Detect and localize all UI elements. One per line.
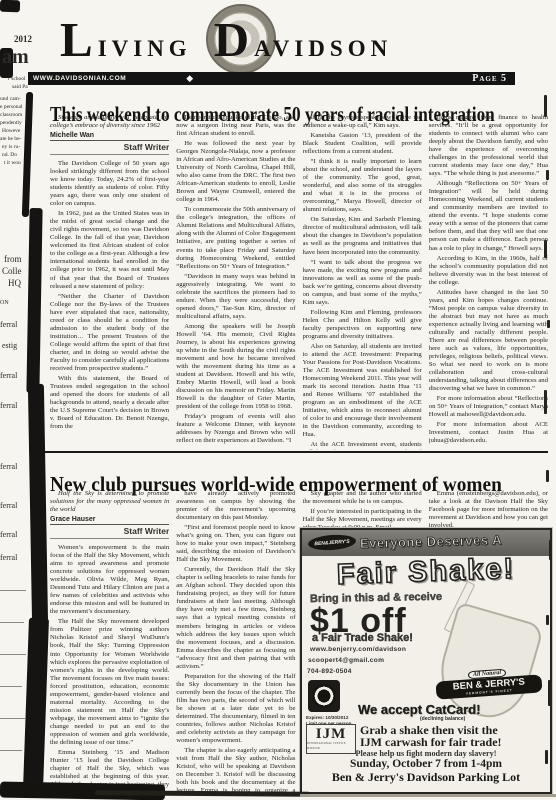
article2-col1-body: Women’s empowerment is the main focus of…	[50, 544, 169, 793]
scan-artifact	[544, 240, 547, 258]
paragraph: fields ranging from finance to health se…	[429, 114, 548, 178]
scan-artifact	[548, 680, 551, 706]
article2-byline: Grace Hauser	[50, 516, 169, 525]
paragraph: The Davidson College of 50 years ago loo…	[50, 160, 169, 208]
torn-edge-streak	[26, 208, 42, 393]
edge-text-fragment: pendently	[0, 120, 22, 126]
scan-artifact	[545, 750, 548, 764]
paragraph: At the ACE Investment event, students wi…	[303, 441, 422, 450]
article1-col3: think the keynote speakers will give the…	[303, 114, 422, 450]
ben-and-jerrys-ad: BEN&JERRY'S Everyone Deserves A Fair Sha…	[300, 528, 552, 794]
article1-col4: fields ranging from finance to health se…	[429, 114, 548, 450]
slavery-line: Please help us fight modern day slavery!	[302, 749, 550, 758]
article1-byline-title: Staff Writer	[50, 141, 169, 155]
scan-artifact	[0, 750, 22, 751]
ad-offer-item: a Fair Trade Shake!	[312, 632, 413, 644]
catcard-note: (declining balance)	[420, 716, 465, 722]
edge-text-fragment: am	[2, 46, 29, 69]
paragraph: According to Kim, in the 1960s, half of …	[429, 255, 548, 287]
paragraph: The chapter is also eagerly anticipating…	[176, 747, 295, 793]
catcard-line: We accept CatCard!	[358, 702, 481, 717]
article1-columns: Students and alumni will celebrate the c…	[50, 114, 548, 450]
paragraph: “Neither the Charter of Davidson College…	[50, 293, 169, 373]
edge-text-fragment: ferral	[0, 401, 17, 410]
paragraph: Friday’s program of events will also fea…	[176, 413, 295, 445]
scan-artifact	[0, 654, 26, 655]
edge-text-fragment: ON	[0, 300, 9, 306]
ad-email: scoopert4@gmail.com	[308, 657, 384, 664]
paragraph: The Half the Sky movement developed from…	[50, 618, 169, 747]
paragraph: Currently, the Davidson Half the Sky cha…	[176, 566, 295, 670]
adjacent-page-sliver: 2012amr schoolsaid Paund cam-e personalc…	[0, 0, 50, 800]
event-when: Sunday, October 7 from 1-4pm	[302, 758, 550, 770]
article1-col1: Students and alumni will celebrate the c…	[50, 114, 169, 450]
ad-website: www.benjerry.com/davidson	[310, 646, 406, 653]
scan-artifact	[547, 320, 550, 328]
article2-col2: have already actively promoted awareness…	[176, 490, 295, 793]
edge-text-fragment: und cam-	[0, 96, 21, 102]
article2-deck: Half the Sky is determined to promote so…	[50, 490, 169, 514]
edge-text-fragment: ferral	[0, 530, 17, 539]
paragraph: With this statement, the Board of Truste…	[50, 375, 169, 431]
paragraph: Emma (emsteinbergs@davidson.edu), or tak…	[429, 490, 548, 530]
masthead: Living Davidson	[60, 10, 392, 72]
edge-text-fragment: ey is ru-	[2, 144, 20, 150]
paragraph: For more information about ACE Investmen…	[429, 421, 548, 445]
scan-artifact	[0, 718, 25, 719]
edge-text-fragment: e personal	[0, 104, 22, 110]
ijm-logo-text: IJM	[316, 727, 347, 742]
edge-text-fragment: Howeve	[2, 128, 20, 134]
edge-text-fragment: 2012	[14, 34, 32, 44]
edge-text-fragment: estig	[2, 341, 17, 350]
article1-col2: Democratic Republic of the Congo, and no…	[176, 114, 295, 450]
event-where: Ben & Jerry's Davidson Parking Lot	[302, 770, 550, 785]
edge-text-fragment: Colle	[2, 266, 22, 276]
edge-text-fragment: from	[4, 254, 22, 264]
scan-artifact	[544, 390, 547, 414]
paragraph: “I want to talk about the progress we ha…	[303, 259, 422, 307]
milkshake-illustration	[422, 582, 542, 722]
paragraph: “I think it is really important to learn…	[303, 158, 422, 214]
scan-artifact	[546, 615, 549, 625]
article1-col1-body: The Davidson College of 50 years ago loo…	[50, 160, 169, 431]
paragraph: “Davidson in many ways was behind in agg…	[176, 273, 295, 321]
paragraph: Also on Saturday, all students are invit…	[303, 343, 422, 439]
paragraph: Among the speakers will be Joseph Howell…	[176, 323, 295, 411]
article1-byline: Michelle Wan	[50, 132, 169, 141]
paragraph: He was followed the next year by Georges…	[176, 140, 295, 204]
paragraph: Democratic Republic of the Congo, and no…	[176, 114, 295, 138]
fair-trade-certified-logo-icon	[308, 680, 340, 712]
edge-text-fragment: ferral	[0, 371, 17, 380]
paragraph: Following Kim and Fleming, professors He…	[303, 309, 422, 341]
edge-text-fragment: r school	[8, 76, 26, 82]
paragraph: have already actively promoted awareness…	[176, 490, 295, 522]
scan-artifact	[546, 170, 549, 180]
paragraph: Women’s empowerment is the main focus of…	[50, 544, 169, 616]
article2-byline-title: Staff Writer	[50, 525, 169, 539]
edge-text-fragment: said Pa	[12, 84, 28, 90]
edge-text-fragment: ferral	[0, 501, 17, 510]
article1-deck: Students and alumni will celebrate the c…	[50, 114, 169, 130]
scan-artifact	[549, 540, 552, 560]
paragraph: For more information about “Reflections …	[429, 395, 548, 419]
paragraph: To commemorate the 50th anniversary of t…	[176, 206, 295, 270]
paragraph: Sky chapter and the author who started t…	[303, 490, 422, 506]
carwash-line2: IJM carwash for fair trade!	[360, 735, 502, 750]
scan-artifact	[0, 0, 20, 12]
torn-edge-streak	[28, 384, 48, 626]
edge-text-fragment: t it wou	[4, 160, 21, 166]
torn-edge-streak	[23, 618, 49, 791]
article2-col1: Half the Sky is determined to promote so…	[50, 490, 169, 793]
edge-text-fragment: HQ	[8, 278, 21, 288]
paragraph: “First and foremost people need to know …	[176, 524, 295, 564]
paragraph: In 1962, just as the United States was i…	[50, 210, 169, 290]
diamond-icon: ◆	[186, 74, 193, 83]
scan-artifact	[0, 590, 26, 591]
paragraph: think the keynote speakers will give the…	[303, 114, 422, 130]
paragraph: Although “Reflections on 50+ Years of In…	[429, 180, 548, 252]
masthead-word-living: Living	[60, 10, 192, 76]
scan-artifact	[546, 470, 549, 482]
paragraph: On Saturday, Kim and Sarbeth Fleming, di…	[303, 216, 422, 256]
scan-artifact	[0, 686, 22, 687]
scan-artifact	[0, 622, 24, 623]
newspaper-page: 2012amr schoolsaid Paund cam-e personalc…	[0, 0, 556, 800]
page-info-bar: WWW.DAVIDSONIAN.COM ◆ Page 5	[28, 72, 515, 85]
section-divider	[45, 451, 548, 453]
torn-edge-streak	[22, 92, 33, 217]
masthead-word-davidson: Davidson	[214, 10, 393, 76]
paragraph: Attitudes have changed in the last 50 ye…	[429, 289, 548, 393]
ad-expiration: Expires: 10/30/2012	[306, 715, 348, 720]
edge-text-fragment: classroom	[0, 112, 22, 118]
paragraph: Kaneisha Gaston ’13, president of the Bl…	[303, 132, 422, 156]
edge-text-fragment: ate he be-	[0, 136, 21, 142]
page-number: Page 5	[472, 73, 507, 84]
edge-text-fragment: nd. Do	[2, 152, 17, 158]
ad-phone: 704-892-0504	[307, 668, 352, 675]
edge-text-fragment: ferral	[0, 553, 17, 562]
edge-text-fragment: ferral	[0, 320, 17, 329]
paragraph: Preparation for the showing of the Half …	[176, 673, 295, 745]
scan-artifact	[300, 794, 556, 797]
edge-text-fragment: ferral	[0, 462, 17, 471]
scan-artifact	[544, 95, 547, 117]
ben-jerrys-logo-text: BEN&JERRY'S	[314, 538, 350, 546]
